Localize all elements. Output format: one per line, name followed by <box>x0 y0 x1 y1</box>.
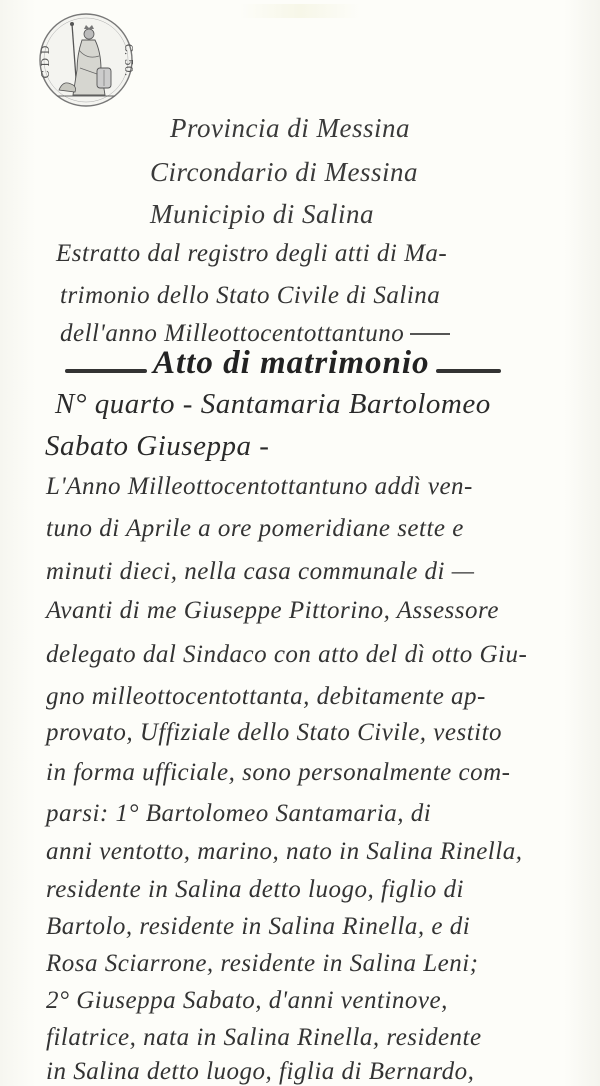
line-filler <box>410 333 450 335</box>
stamp-value-text: C. 50. <box>122 44 135 77</box>
body-line-12: Bartolo, residente in Salina Rinella, e … <box>46 913 470 941</box>
document-title: Atto di matrimonio <box>65 343 555 383</box>
body-line-14: 2° Giuseppa Sabato, d'anni ventinove, <box>46 987 448 1015</box>
revenue-stamp: C D D C. 50. <box>27 10 145 110</box>
bride-name: Sabato Giuseppa - <box>45 430 269 463</box>
extract-line-2: trimonio dello Stato Civile di Salina <box>60 282 440 310</box>
stamp-left-text: C D D <box>39 45 52 78</box>
body-line-3: minuti dieci, nella casa communale di — <box>46 558 474 586</box>
header-province: Provincia di Messina <box>170 113 410 144</box>
body-line-13: Rosa Sciarrone, residente in Salina Leni… <box>46 950 479 978</box>
title-rule-right <box>436 369 501 373</box>
extract-line-1: Estratto dal registro degli atti di Ma- <box>56 240 447 268</box>
body-line-9: parsi: 1° Bartolomeo Santamaria, di <box>46 800 431 828</box>
ink-bleed-through <box>240 4 360 18</box>
body-line-4: Avanti di me Giuseppe Pittorino, Assesso… <box>46 597 499 625</box>
body-line-16: in Salina detto luogo, figlia di Bernard… <box>46 1058 474 1086</box>
body-line-7: provato, Uffiziale dello Stato Civile, v… <box>46 719 502 747</box>
header-district: Circondario di Messina <box>150 157 418 188</box>
body-line-1: L'Anno Milleottocentottantuno addì ven- <box>46 473 473 501</box>
body-line-15: filatrice, nata in Salina Rinella, resid… <box>46 1024 482 1052</box>
stamp-figure-icon: C D D C. 50. <box>27 10 145 110</box>
body-line-2: tuno di Aprile a ore pomeridiane sette e <box>46 515 464 543</box>
title-text: Atto di matrimonio <box>147 345 436 382</box>
title-rule-left <box>65 369 147 373</box>
body-line-11: residente in Salina detto luogo, figlio … <box>46 876 464 904</box>
body-line-5: delegato dal Sindaco con atto del dì ott… <box>46 641 527 669</box>
header-municipality: Municipio di Salina <box>150 199 374 230</box>
document-page: C D D C. 50. Provincia di Messina Circon… <box>0 0 600 1086</box>
body-line-8: in forma ufficiale, sono personalmente c… <box>46 759 511 787</box>
body-line-6: gno milleottocentottanta, debitamente ap… <box>46 683 486 711</box>
body-line-10: anni ventotto, marino, nato in Salina Ri… <box>46 838 522 866</box>
record-number-and-groom: N° quarto - Santamaria Bartolomeo <box>55 388 491 421</box>
